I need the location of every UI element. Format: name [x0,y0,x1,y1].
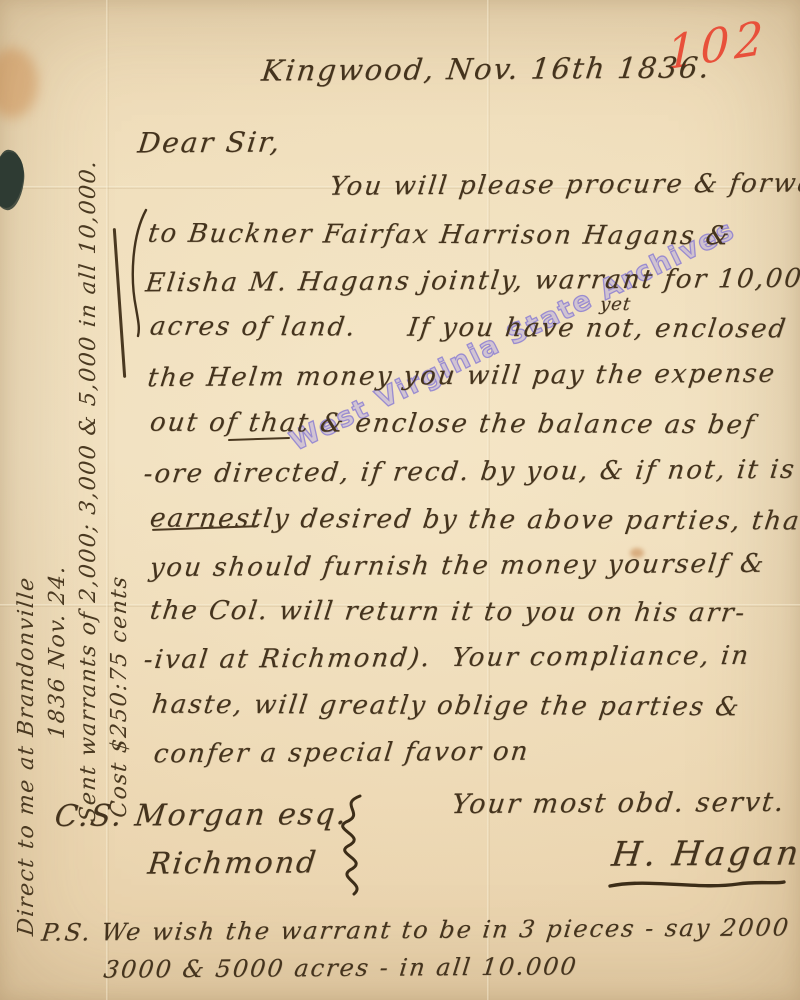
letter-page: 102 Kingwood, Nov. 16th 1836. Dear Sir, … [0,0,800,1000]
body-line: haste, will greatly oblige the parties & [150,690,742,723]
margin-annotation: Direct to me at Brandonville 1836 Nov. 2… [14,92,142,964]
body-line: out of that & enclose the balance as bef [148,408,757,441]
addressee-squiggle [330,794,374,898]
margin-note-line: Direct to me at Brandonville [14,90,45,965]
body-line: confer a special favor on [152,737,531,770]
margin-annotation-rotated: Direct to me at Brandonville 1836 Nov. 2… [14,92,142,964]
body-line: Elisha M. Hagans jointly, warrant for 10… [144,264,800,299]
inserted-word: yet [599,294,633,315]
margin-note-line: 1836 Nov. 24. [45,90,76,965]
closing: Your most obd. servt. [450,787,787,820]
body-line: to Buckner Fairfax Harrison Hagans & [146,219,733,252]
body-line: acres of land. If you have not, enclosed [148,312,789,345]
dateline: Kingwood, Nov. 16th 1836. [260,50,713,87]
body-line: the Col. will return it to you on his ar… [148,596,748,629]
margin-note-line: Sent warrants of 2,000; 3,000 & 5,000 in… [76,90,107,965]
body-line: -ore directed, if recd. by you, & if not… [142,455,798,490]
salutation: Dear Sir, [136,126,283,160]
body-line: -ival at Richmond). Your compliance, in [142,641,752,675]
postscript-line: P.S. We wish the warrant to be in 3 piec… [40,913,792,946]
body-line: earnestly desired by the above parties, … [148,504,800,537]
body-line: the Helm money you will pay the expense [146,359,778,393]
body-line: You will please procure & forward [328,168,800,202]
signature: H. Hagans [610,833,800,874]
body-line: you should furnish the money yourself & [148,549,767,583]
signature-flourish [608,876,788,894]
margin-note-line: Cost $250:75 cents [107,90,138,965]
postscript-line: 3000 & 5000 acres - in all 10.000 [102,952,579,983]
addressee-city: Richmond [146,845,320,881]
fold-crease-vertical [487,0,490,1000]
